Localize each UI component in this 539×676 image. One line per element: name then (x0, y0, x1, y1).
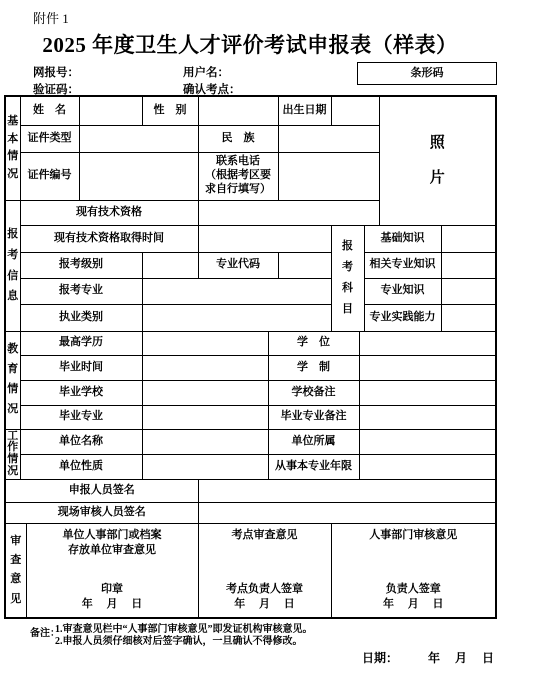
name-label: 姓 名 (20, 96, 79, 125)
unit-name-field[interactable] (142, 429, 268, 454)
subject1-field[interactable] (441, 225, 496, 252)
section-exam-subjects: 报考科目 (331, 225, 364, 331)
section-work: 工作情况 (5, 429, 20, 479)
onsite-reviewer-signature-field[interactable] (198, 502, 496, 523)
review-block-site: 考点审查意见 考点负责人签章 年 月 日 (198, 523, 331, 618)
section-education: 教育情况 (5, 331, 20, 429)
notes-block: 1.审查意见栏中“人事部门审核意见”即发证机构审核意见。 2.申报人员须仔细核对… (55, 624, 395, 647)
review-site-date: 年 月 日 (199, 597, 331, 612)
grad-school-label: 毕业学校 (20, 380, 142, 405)
grad-major-field[interactable] (142, 405, 268, 429)
section-apply-info: 报考信息 (5, 200, 20, 331)
review-block-unit: 单位人事部门或档案 存放单位审查意见 印章 年 月 日 (26, 523, 198, 618)
subject2-field[interactable] (441, 252, 496, 278)
qual-obtain-time-field[interactable] (198, 225, 331, 252)
review-unit-date: 年 月 日 (27, 597, 198, 612)
highest-edu-field[interactable] (142, 331, 268, 355)
ethnicity-label: 民 族 (198, 125, 278, 152)
gender-field[interactable] (198, 96, 278, 125)
schooling-field[interactable] (359, 355, 496, 380)
unit-affiliation-field[interactable] (359, 429, 496, 454)
review-hr-stamp-label: 负责人签章 (332, 582, 496, 597)
id-type-label: 证件类型 (20, 125, 79, 152)
application-form-page: 附件 1 2025 年度卫生人才评价考试申报表（样表） 网报号： 用户名： 验证… (0, 0, 539, 676)
photo-box: 照片 (379, 96, 496, 225)
years-in-major-field[interactable] (359, 454, 496, 479)
username-label: 用户名： (183, 64, 229, 80)
current-qual-field[interactable] (198, 200, 379, 225)
phone-field[interactable] (278, 152, 379, 200)
name-field[interactable] (79, 96, 142, 125)
unit-type-field[interactable] (142, 454, 268, 479)
section-review-opinion: 审查意见 (5, 523, 26, 618)
applicant-signature-label: 申报人员签名 (5, 479, 198, 502)
form-title: 2025 年度卫生人才评价考试申报表（样表） (0, 29, 500, 59)
degree-field[interactable] (359, 331, 496, 355)
degree-label: 学 位 (268, 331, 359, 355)
date-line: 日期： 年 月 日 (362, 649, 494, 666)
id-number-field[interactable] (79, 152, 198, 200)
birth-date-field[interactable] (331, 96, 379, 125)
barcode-box: 条形码 (357, 62, 497, 85)
review-unit-stamp-label: 印章 (27, 582, 198, 597)
review-site-title: 考点审查意见 (199, 528, 331, 543)
id-number-label: 证件编号 (20, 152, 79, 200)
grad-major-label: 毕业专业 (20, 405, 142, 429)
phone-label: 联系电话 （根据考区要 求自行填写） (198, 152, 278, 200)
birth-date-label: 出生日期 (278, 96, 331, 125)
subject2-label: 相关专业知识 (364, 252, 441, 278)
subject4-field[interactable] (441, 304, 496, 331)
note-line-1: 1.审查意见栏中“人事部门审核意见”即发证机构审核意见。 (55, 624, 395, 636)
review-block-hr: 人事部门审核意见 负责人签章 年 月 日 (331, 523, 496, 618)
grad-school-field[interactable] (142, 380, 268, 405)
onsite-reviewer-signature-label: 现场审核人员签名 (5, 502, 198, 523)
section-basic-info: 基本情况 (5, 96, 20, 200)
apply-major-label: 报考专业 (20, 278, 142, 304)
net-report-no-label: 网报号： (33, 64, 79, 80)
unit-affiliation-label: 单位所属 (268, 429, 359, 454)
subject1-label: 基础知识 (364, 225, 441, 252)
practice-type-label: 执业类别 (20, 304, 142, 331)
application-form-table: 基本情况 姓 名 性 别 出生日期 照片 证件类型 民 族 证件编号 联系电话 … (4, 95, 497, 619)
major-code-field[interactable] (278, 252, 331, 278)
attachment-label: 附件 1 (33, 8, 69, 27)
grad-major-note-field[interactable] (359, 405, 496, 429)
current-qual-label: 现有技术资格 (20, 200, 198, 225)
note-line-2: 2.申报人员须仔细核对后签字确认，一旦确认不得修改。 (55, 636, 395, 648)
apply-level-field[interactable] (142, 252, 198, 278)
grad-time-field[interactable] (142, 355, 268, 380)
apply-level-label: 报考级别 (20, 252, 142, 278)
grad-major-note-label: 毕业专业备注 (268, 405, 359, 429)
review-unit-title: 单位人事部门或档案 存放单位审查意见 (27, 528, 198, 558)
practice-type-field[interactable] (142, 304, 331, 331)
ethnicity-field[interactable] (278, 125, 379, 152)
schooling-label: 学 制 (268, 355, 359, 380)
review-hr-date: 年 月 日 (332, 597, 496, 612)
id-type-field[interactable] (79, 125, 198, 152)
major-code-label: 专业代码 (198, 252, 278, 278)
grad-time-label: 毕业时间 (20, 355, 142, 380)
subject4-label: 专业实践能力 (364, 304, 441, 331)
subject3-field[interactable] (441, 278, 496, 304)
years-in-major-label: 从事本专业年限 (268, 454, 359, 479)
school-note-field[interactable] (359, 380, 496, 405)
review-hr-title: 人事部门审核意见 (332, 528, 496, 543)
school-note-label: 学校备注 (268, 380, 359, 405)
review-site-stamp-label: 考点负责人签章 (199, 582, 331, 597)
gender-label: 性 别 (142, 96, 198, 125)
apply-major-field[interactable] (142, 278, 331, 304)
subject3-label: 专业知识 (364, 278, 441, 304)
highest-edu-label: 最高学历 (20, 331, 142, 355)
qual-obtain-time-label: 现有技术资格取得时间 (20, 225, 198, 252)
unit-type-label: 单位性质 (20, 454, 142, 479)
applicant-signature-field[interactable] (198, 479, 496, 502)
unit-name-label: 单位名称 (20, 429, 142, 454)
